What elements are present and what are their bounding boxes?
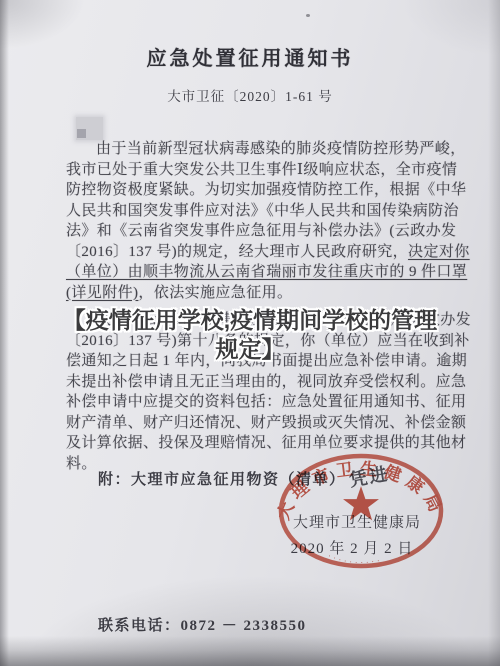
- body-line: 未提出补偿申请且无正当理由的，视同放弃受偿权利。应急: [66, 372, 448, 393]
- body-line: 及计算依据、投保及理赔情况、征用单位要求提供的其他材: [66, 433, 448, 454]
- body-line: 我市已处于重大突发公共卫生事件Ⅰ级响应状态，全市疫情: [66, 160, 448, 181]
- document-title: 应急处置征用通知书: [0, 42, 500, 71]
- body-line: 人民共和国突发事件应对法》《中华人民共和国传染病防治: [66, 201, 448, 222]
- official-stamp-icon: 大理市卫生健康局 ··········: [276, 453, 446, 575]
- body-line: 法》和《云南省突发事件应急征用与补偿办法》(云政办发: [66, 221, 448, 242]
- body-line: 〔2016〕137 号)的规定，经大理市人民政府研究，决定对你: [66, 242, 448, 263]
- caption-line-1: 【疫情征用学校,疫情期间学校的管理: [0, 306, 500, 335]
- stamp-star-icon: [343, 486, 379, 520]
- body-line: 补偿申请中应提交的资料包括：应急处置征用通知书、征用: [66, 392, 448, 413]
- document-photo: 应急处置征用通知书 大市卫征〔2020〕1-61 号 由于当前新型冠状病毒感染的…: [0, 0, 500, 666]
- contact-phone: 联系电话：0872 － 2338550: [98, 614, 307, 635]
- body-line: 由于当前新型冠状病毒感染的肺炎疫情防控形势严峻，: [66, 139, 448, 160]
- body-line: (详见附件)，依法实施应急征用。: [66, 283, 448, 304]
- body-line: 财产清单、财产归还情况、财产毁损或灭失情况、补偿金额: [66, 413, 448, 434]
- body-line: 防控物资极度紧缺。为切实加强疫情防控工作，根据《中华: [66, 180, 448, 201]
- caption-line-2: 规定】: [0, 335, 500, 364]
- video-caption-overlay: 【疫情征用学校,疫情期间学校的管理 规定】: [0, 306, 500, 364]
- body-line: （单位）由顺丰物流从云南省瑞丽市发往重庆市的 9 件口罩: [66, 262, 448, 283]
- document-number: 大市卫征〔2020〕1-61 号: [0, 85, 500, 105]
